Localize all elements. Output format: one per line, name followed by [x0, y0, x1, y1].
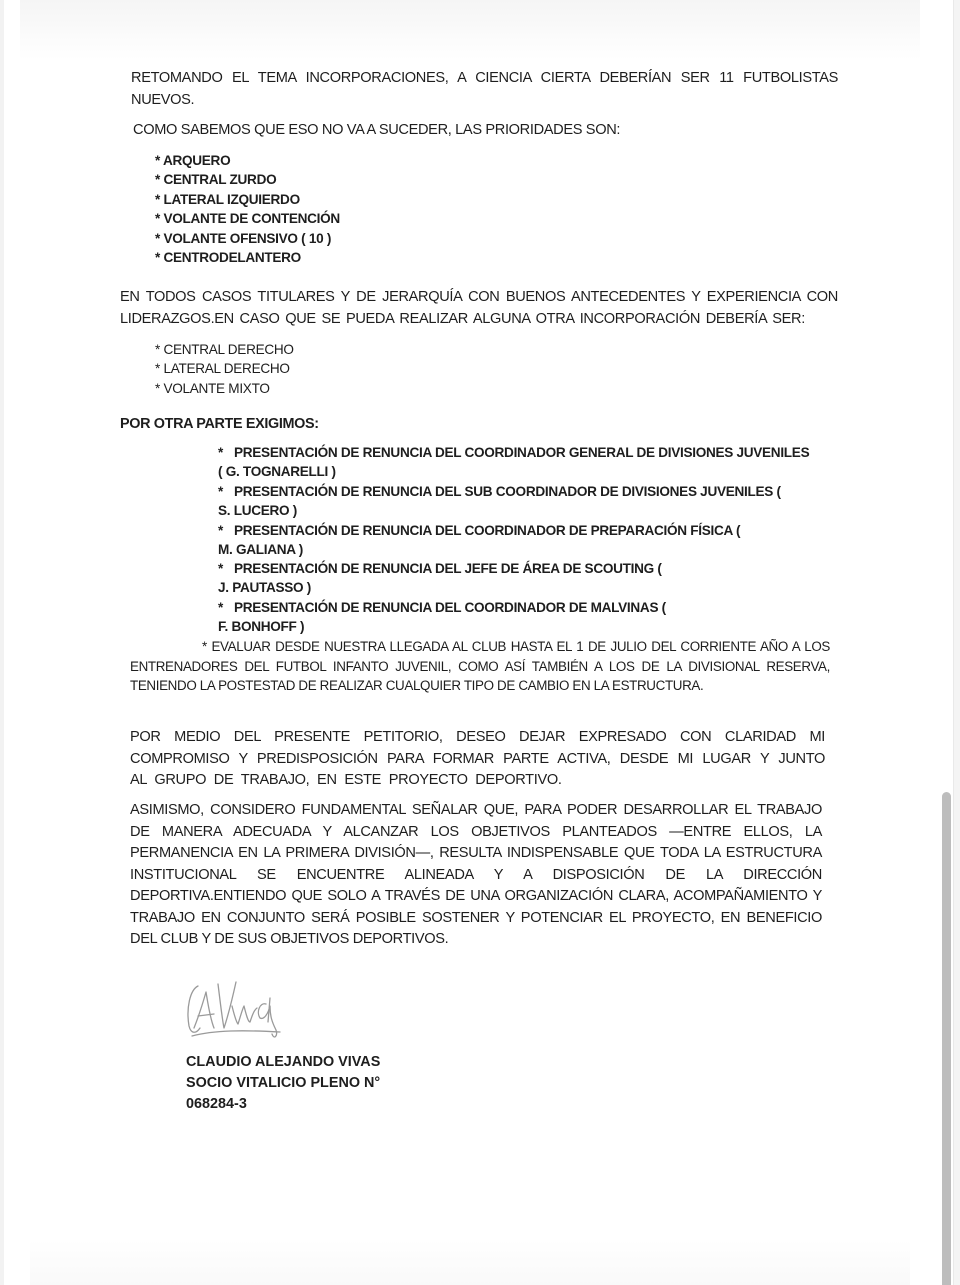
page-edge-left	[0, 0, 4, 1285]
signatory-title: SOCIO VITALICIO PLENO N°	[186, 1073, 380, 1094]
bullet-star: *	[218, 443, 234, 462]
member-number: 068284-3	[186, 1094, 380, 1115]
paragraph-asimismo: ASIMISMO, CONSIDERO FUNDAMENTAL SEÑALAR …	[130, 800, 822, 951]
demand-item: *PRESENTACIÓN DE RENUNCIA DEL COORDINADO…	[218, 598, 666, 637]
demand-item: *PRESENTACIÓN DE RENUNCIA DEL JEFE DE ÁR…	[218, 559, 662, 598]
top-shade	[20, 0, 920, 60]
demand-item: *PRESENTACIÓN DE RENUNCIA DEL COORDINADO…	[218, 521, 740, 560]
demand-item: *PRESENTACIÓN DE RENUNCIA DEL COORDINADO…	[218, 443, 809, 482]
secondary-list: * CENTRAL DERECHO * LATERAL DERECHO * VO…	[155, 340, 294, 398]
page-edge-right	[953, 0, 960, 1285]
paragraph-incorporaciones: RETOMANDO EL TEMA INCORPORACIONES, A CIE…	[131, 68, 838, 111]
list-item: * VOLANTE OFENSIVO ( 10 )	[155, 229, 340, 248]
evaluation-paragraph: * EVALUAR DESDE NUESTRA LLEGADA AL CLUB …	[130, 637, 830, 696]
bullet-star: *	[218, 559, 234, 578]
list-item: * CENTRAL ZURDO	[155, 170, 340, 189]
paragraph-petitorio: POR MEDIO DEL PRESENTE PETITORIO, DESEO …	[130, 727, 825, 792]
paragraph-prioridades-intro: COMO SABEMOS QUE ESO NO VA A SUCEDER, LA…	[133, 120, 620, 141]
bullet-star: *	[218, 598, 234, 617]
scrollbar-thumb[interactable]	[942, 792, 951, 1285]
bullet-star: *	[218, 482, 234, 501]
signature-icon	[184, 978, 284, 1043]
demand-item: *PRESENTACIÓN DE RENUNCIA DEL SUB COORDI…	[218, 482, 781, 521]
list-item: * LATERAL DERECHO	[155, 359, 294, 378]
signatory-name: CLAUDIO ALEJANDO VIVAS	[186, 1052, 380, 1073]
list-item: * VOLANTE DE CONTENCIÓN	[155, 209, 340, 228]
list-item: * LATERAL IZQUIERDO	[155, 190, 340, 209]
priorities-list: * ARQUERO * CENTRAL ZURDO * LATERAL IZQU…	[155, 151, 340, 267]
paragraph-jerarquia: EN TODOS CASOS TITULARES Y DE JERARQUÍA …	[120, 287, 838, 330]
signature-block: CLAUDIO ALEJANDO VIVAS SOCIO VITALICIO P…	[186, 1052, 380, 1115]
list-item: * CENTRODELANTERO	[155, 248, 340, 267]
list-item: * CENTRAL DERECHO	[155, 340, 294, 359]
list-item: * VOLANTE MIXTO	[155, 379, 294, 398]
list-item: * ARQUERO	[155, 151, 340, 170]
bullet-star: *	[218, 521, 234, 540]
demands-heading: POR OTRA PARTE EXIGIMOS:	[120, 414, 319, 435]
bottom-shade	[30, 1240, 910, 1285]
